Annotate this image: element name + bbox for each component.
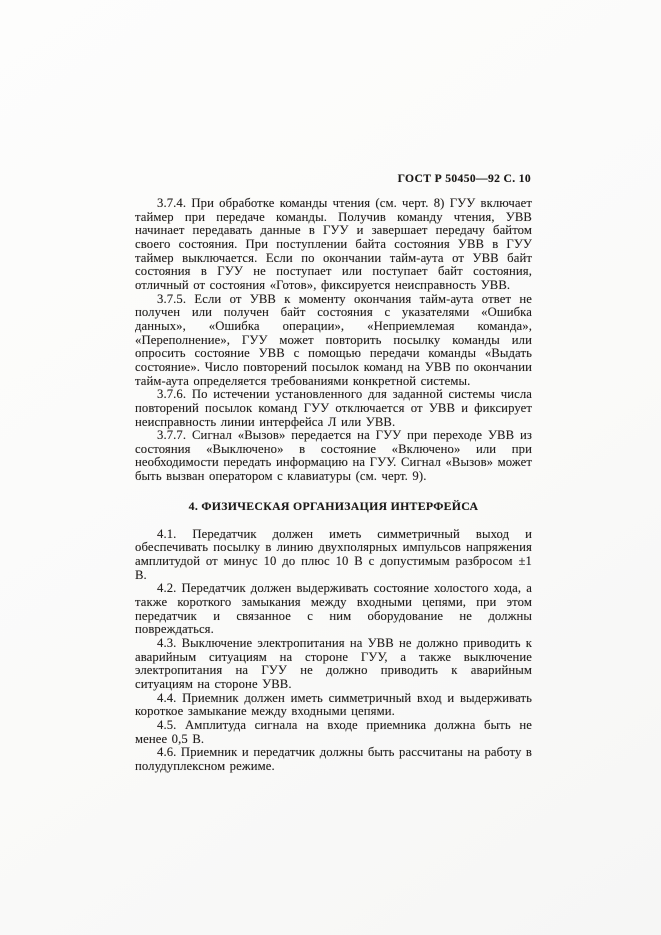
section-4-heading: 4. ФИЗИЧЕСКАЯ ОРГАНИЗАЦИЯ ИНТЕРФЕЙСА: [135, 499, 532, 514]
scanned-document-page: ГОСТ Р 50450—92 С. 10 3.7.4. При обработ…: [0, 0, 661, 935]
document-body: 3.7.4. При обработке команды чтения (см.…: [135, 197, 532, 774]
clause-4-6-paragraph: 4.6. Приемник и передатчик должны быть р…: [135, 746, 532, 773]
clause-4-2-paragraph: 4.2. Передатчик должен выдерживать состо…: [135, 582, 532, 637]
text-column: ГОСТ Р 50450—92 С. 10 3.7.4. При обработ…: [135, 172, 532, 774]
clause-4-5-paragraph: 4.5. Амплитуда сигнала на входе приемник…: [135, 719, 532, 746]
clause-4-4-paragraph: 4.4. Приемник должен иметь симметричный …: [135, 692, 532, 719]
running-head-page-number: ГОСТ Р 50450—92 С. 10: [135, 172, 531, 185]
clause-3-7-6-paragraph: 3.7.6. По истечении установленного для з…: [135, 388, 532, 429]
clause-3-7-7-paragraph: 3.7.7. Сигнал «Вызов» передается на ГУУ …: [135, 429, 532, 484]
clause-3-7-4-paragraph: 3.7.4. При обработке команды чтения (см.…: [135, 197, 532, 293]
clause-4-3-paragraph: 4.3. Выключение электропитания на УВВ не…: [135, 637, 532, 692]
clause-4-1-paragraph: 4.1. Передатчик должен иметь симметричны…: [135, 528, 532, 583]
clause-3-7-5-paragraph: 3.7.5. Если от УВВ к моменту окончания т…: [135, 293, 532, 389]
